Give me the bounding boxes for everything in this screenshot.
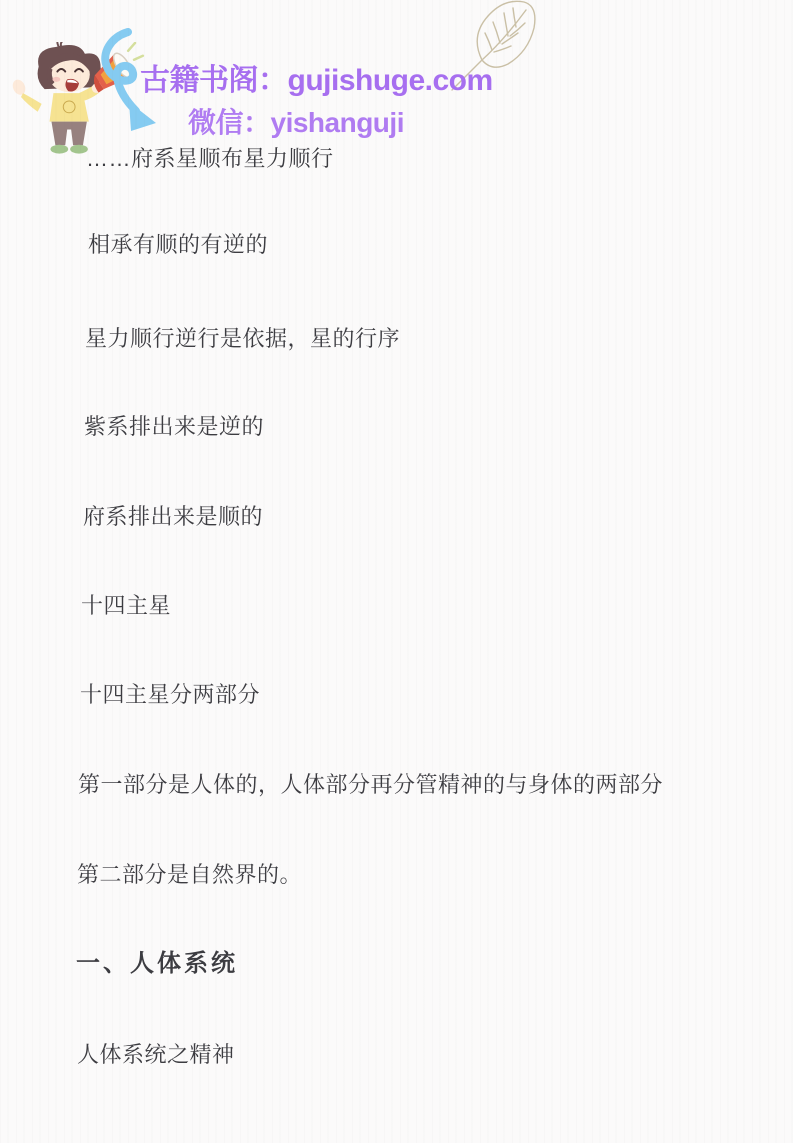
document-line: 第二部分是自然界的。 <box>77 862 302 887</box>
document-line: 十四主星 <box>81 593 171 618</box>
document-line: ……府系星顺布星力顺行 <box>86 146 334 171</box>
document-line: 第一部分是人体的，人体部分再分管精神的与身体的两部分 <box>78 772 663 797</box>
document-line: 相承有顺的有逆的 <box>88 232 268 257</box>
document-line: 十四主星分两部分 <box>80 682 260 707</box>
document-line: 人体系统之精神 <box>77 1042 235 1067</box>
watermark-wechat-text: 微信：yishanguji <box>188 101 404 141</box>
document-line: 星力顺行逆行是依据，星的行序 <box>85 326 400 351</box>
document-heading-line: 一、人体系统 <box>76 950 238 978</box>
scanned-document-page: 古籍书阁：gujishuge.com 微信：yishanguji ……府系星顺布… <box>0 0 793 1143</box>
document-line: 紫系排出来是逆的 <box>84 414 264 439</box>
document-line: 府系排出来是顺的 <box>83 504 263 529</box>
watermark-site-text: 古籍书阁：gujishuge.com <box>140 55 493 99</box>
